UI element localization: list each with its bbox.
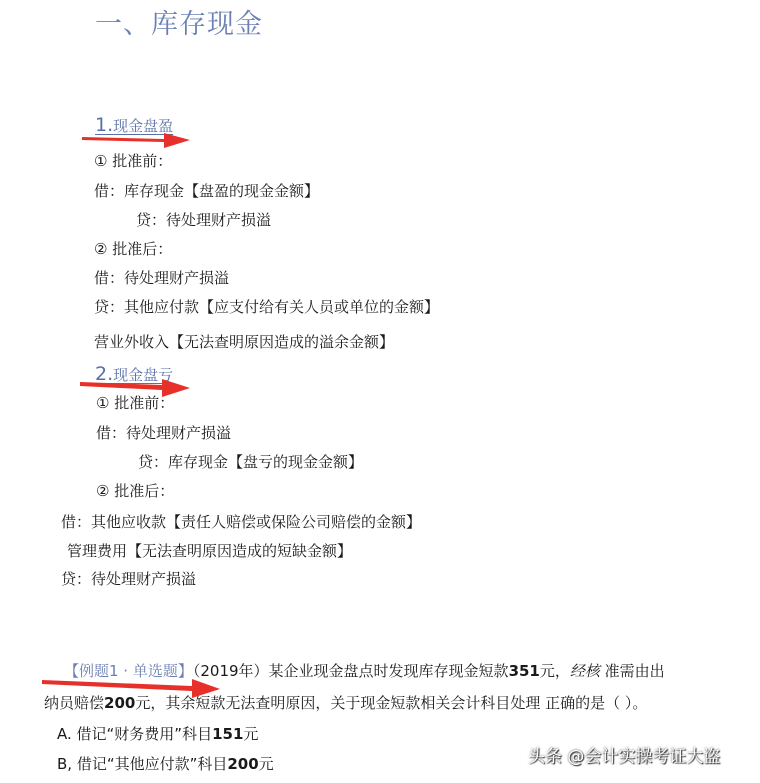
line-debit: 借：待处理财产损溢 (96, 422, 231, 443)
option-a[interactable]: A. 借记“财务费用”科目151元 (57, 723, 258, 744)
line-debit: 借：库存现金【盘盈的现金金额】 (94, 180, 319, 201)
line-after-approval: ② 批准后： (96, 480, 174, 501)
question-text: 元， (540, 662, 570, 680)
line-credit: 贷：库存现金【盘亏的现金金额】 (138, 451, 363, 472)
option-letter: A. (57, 725, 72, 743)
option-text: 借记“财务费用”科目 (72, 725, 212, 743)
option-amount: 151 (212, 725, 243, 743)
option-b[interactable]: B, 借记“其他应付款”科目200元 (57, 753, 274, 774)
red-arrow-icon (42, 676, 222, 700)
line-credit: 贷：其他应付款【应支付给有关人员或单位的金额】 (94, 296, 439, 317)
option-letter: B, (57, 755, 72, 773)
option-amount: 200 (227, 755, 258, 773)
line-before-approval: ① 批准前： (96, 392, 174, 413)
line-credit: 贷：待处理财产损溢 (136, 209, 271, 230)
option-unit: 元 (259, 755, 274, 773)
red-arrow-icon (82, 128, 192, 150)
page-title: 一、库存现金 (95, 2, 263, 41)
line-debit-continued: 管理费用【无法查明原因造成的短缺金额】 (67, 540, 352, 561)
question-text: 准需由出 (600, 662, 665, 680)
line-debit: 借：待处理财产损溢 (94, 267, 229, 288)
line-debit: 借：其他应收款【责任人赔偿或保险公司赔偿的金额】 (61, 511, 421, 532)
line-before-approval: ① 批准前： (94, 150, 172, 171)
line-after-approval: ② 批准后： (94, 238, 172, 259)
amount: 351 (509, 662, 540, 680)
question-italic: 经核 (570, 662, 600, 680)
watermark: 头条 @会计实操考证大盗 (528, 742, 720, 767)
line-credit: 贷：待处理财产损溢 (61, 568, 196, 589)
line-credit-continued: 营业外收入【无法查明原因造成的溢余金额】 (94, 331, 394, 352)
option-text: 借记“其他应付款”科目 (72, 755, 227, 773)
question-text: 某企业现金盘点时发现库存现金短款 (269, 662, 509, 680)
option-unit: 元 (243, 725, 258, 743)
